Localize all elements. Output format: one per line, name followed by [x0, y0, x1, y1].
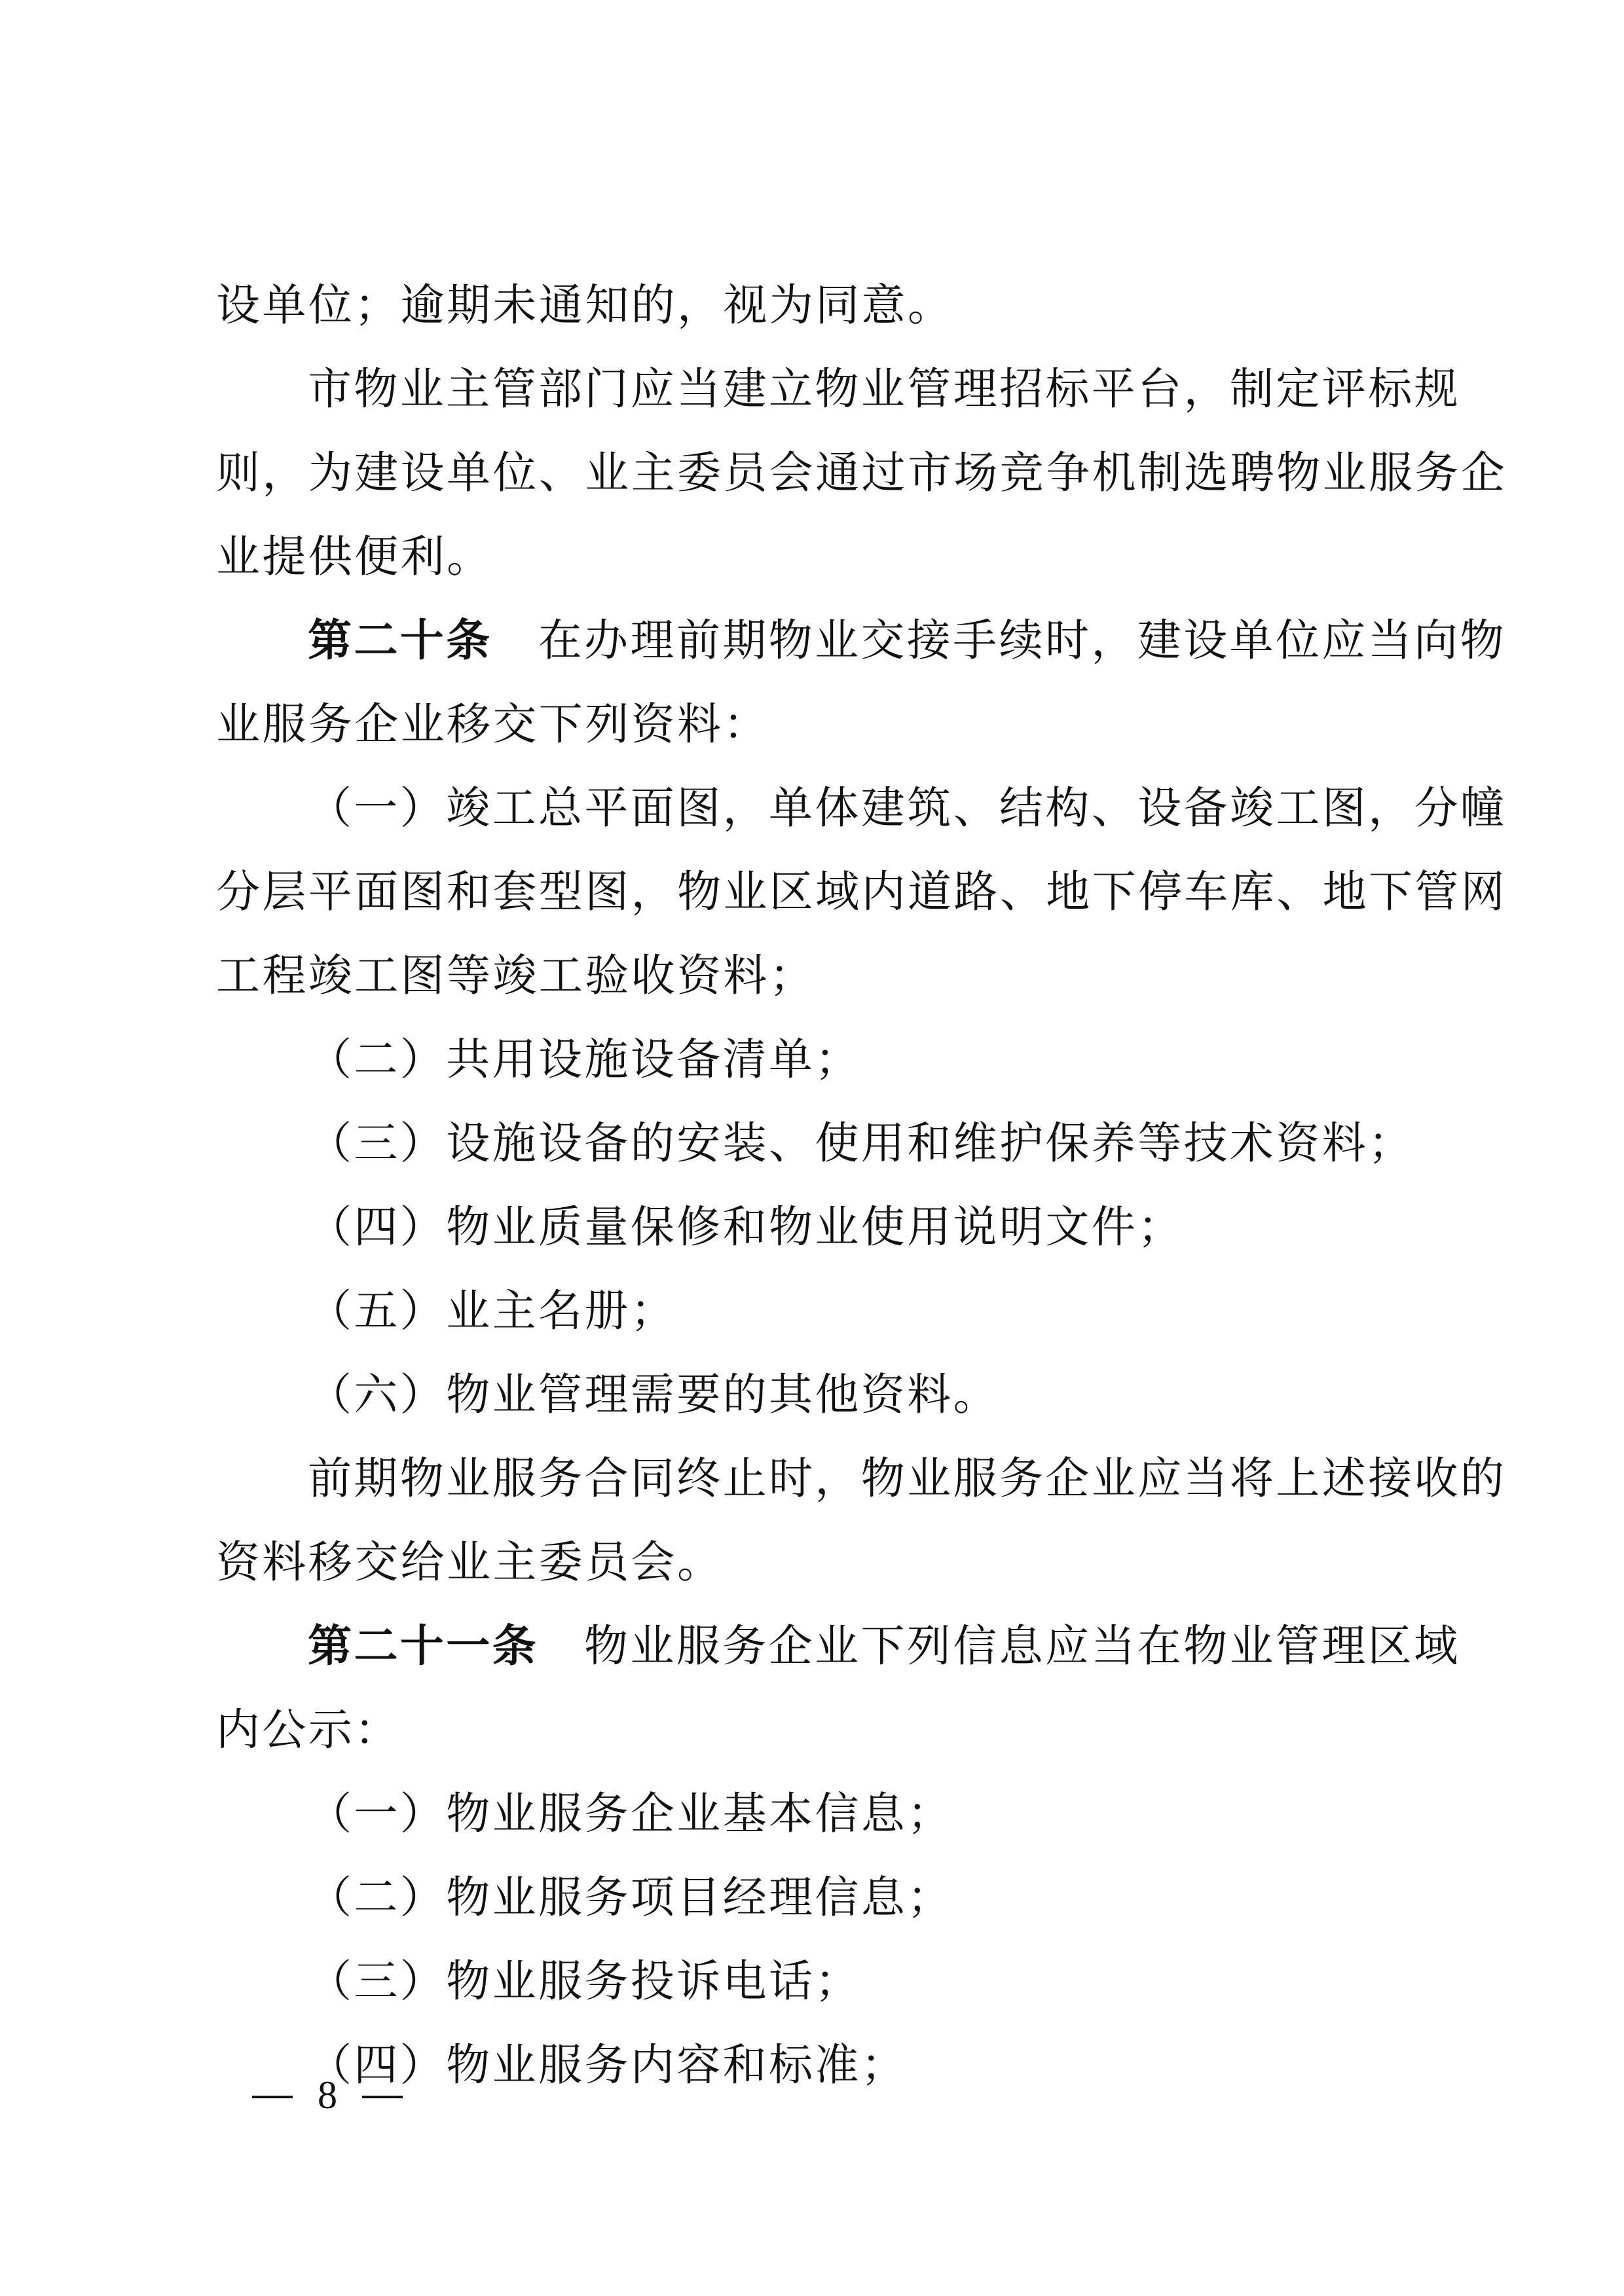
paragraph-line: 前期物业服务合同终止时，物业服务企业应当将上述接收的 — [216, 1436, 1414, 1520]
list-item-line: 分层平面图和套型图，物业区域内道路、地下停车库、地下管网 — [216, 850, 1414, 934]
article-text-line: 内公示： — [216, 1688, 1414, 1772]
article-text-line: 业服务企业移交下列资料： — [216, 682, 1414, 766]
list-item-line: 工程竣工图等竣工验收资料； — [216, 934, 1414, 1017]
list-item-line: （一）竣工总平面图，单体建筑、结构、设备竣工图，分幢 — [216, 766, 1414, 850]
list-item: （四）物业质量保修和物业使用说明文件； — [216, 1185, 1414, 1269]
article-21-heading-line: 第二十一条物业服务企业下列信息应当在物业管理区域 — [216, 1604, 1414, 1688]
paragraph-line: 则，为建设单位、业主委员会通过市场竞争机制选聘物业服务企 — [216, 431, 1414, 515]
document-page: 设单位；逾期未通知的，视为同意。 市物业主管部门应当建立物业管理招标平台，制定评… — [216, 263, 1414, 2107]
list-item: （二）共用设施设备清单； — [216, 1017, 1414, 1101]
paragraph-line: 资料移交给业主委员会。 — [216, 1520, 1414, 1604]
article-text: 在办理前期物业交接手续时，建设单位应当向物 — [538, 615, 1506, 666]
list-item: （五）业主名册； — [216, 1269, 1414, 1353]
footer-dash-left — [252, 2096, 293, 2098]
paragraph-line: 市物业主管部门应当建立物业管理招标平台，制定评标规 — [216, 347, 1414, 431]
article-number: 第二十条 — [308, 615, 492, 666]
footer-dash-right — [362, 2096, 403, 2098]
list-item: （二）物业服务项目经理信息； — [216, 1855, 1414, 1939]
paragraph-continuation-line: 设单位；逾期未通知的，视为同意。 — [216, 263, 1414, 347]
list-item: （三）物业服务投诉电话； — [216, 1939, 1414, 2023]
article-20-heading-line: 第二十条在办理前期物业交接手续时，建设单位应当向物 — [216, 598, 1414, 682]
paragraph-line: 业提供便利。 — [216, 515, 1414, 598]
article-number: 第二十一条 — [308, 1620, 538, 1671]
list-item: （一）物业服务企业基本信息； — [216, 1772, 1414, 1855]
page-number: 8 — [318, 2072, 337, 2118]
page-footer: 8 — [252, 2072, 403, 2118]
article-text: 物业服务企业下列信息应当在物业管理区域 — [584, 1620, 1460, 1671]
list-item: （六）物业管理需要的其他资料。 — [216, 1353, 1414, 1436]
list-item: （三）设施设备的安装、使用和维护保养等技术资料； — [216, 1101, 1414, 1185]
